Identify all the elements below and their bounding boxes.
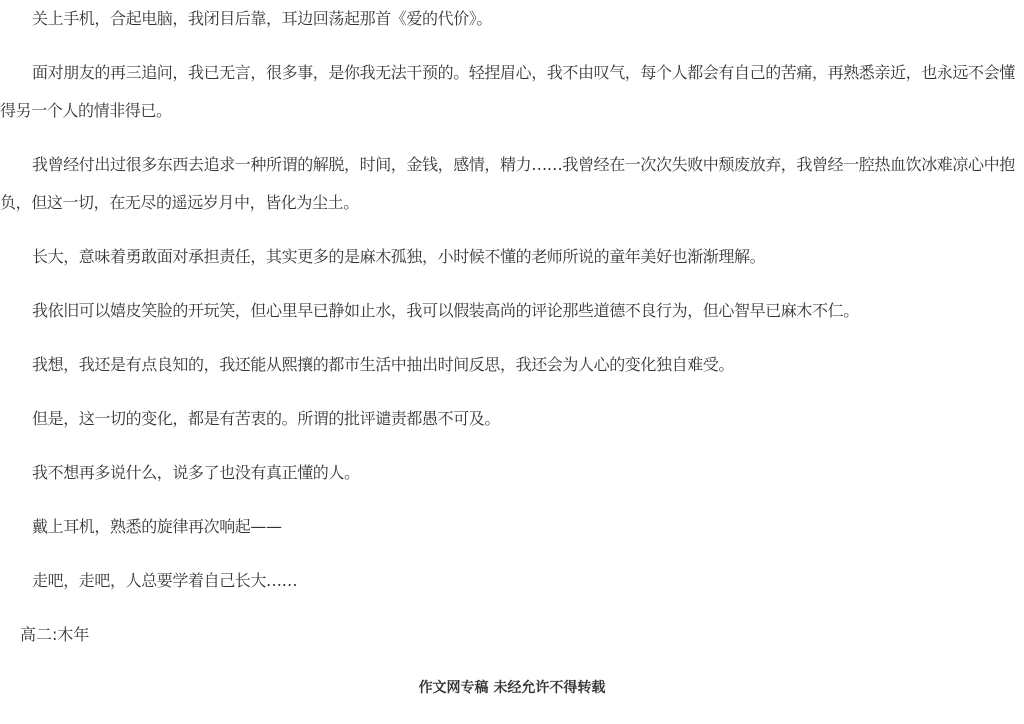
paragraph-9: 戴上耳机，熟悉的旋律再次响起—— bbox=[0, 508, 1024, 546]
copyright-notice: 作文网专稿 未经允许不得转载 bbox=[0, 670, 1024, 706]
paragraph-2: 面对朋友的再三追问，我已无言，很多事，是你我无法干预的。轻捏眉心，我不由叹气，每… bbox=[0, 54, 1024, 130]
author-signature: 高二:木年 bbox=[20, 616, 89, 654]
paragraph-4: 长大，意味着勇敢面对承担责任，其实更多的是麻木孤独，小时候不懂的老师所说的童年美… bbox=[0, 238, 1024, 276]
paragraph-1: 关上手机，合起电脑，我闭目后靠，耳边回荡起那首《爱的代价》。 bbox=[0, 0, 1024, 38]
paragraph-7: 但是，这一切的变化，都是有苦衷的。所谓的批评谴责都愚不可及。 bbox=[0, 400, 1024, 438]
paragraph-6: 我想，我还是有点良知的，我还能从熙攘的都市生活中抽出时间反思，我还会为人心的变化… bbox=[0, 346, 1024, 384]
paragraph-8: 我不想再多说什么，说多了也没有真正懂的人。 bbox=[0, 454, 1024, 492]
paragraph-3: 我曾经付出过很多东西去追求一种所谓的解脱，时间，金钱，感情，精力……我曾经在一次… bbox=[0, 146, 1024, 222]
paragraph-10: 走吧，走吧，人总要学着自己长大…… bbox=[0, 562, 1024, 600]
paragraph-5: 我依旧可以嬉皮笑脸的开玩笑，但心里早已静如止水，我可以假装高尚的评论那些道德不良… bbox=[0, 292, 1024, 330]
